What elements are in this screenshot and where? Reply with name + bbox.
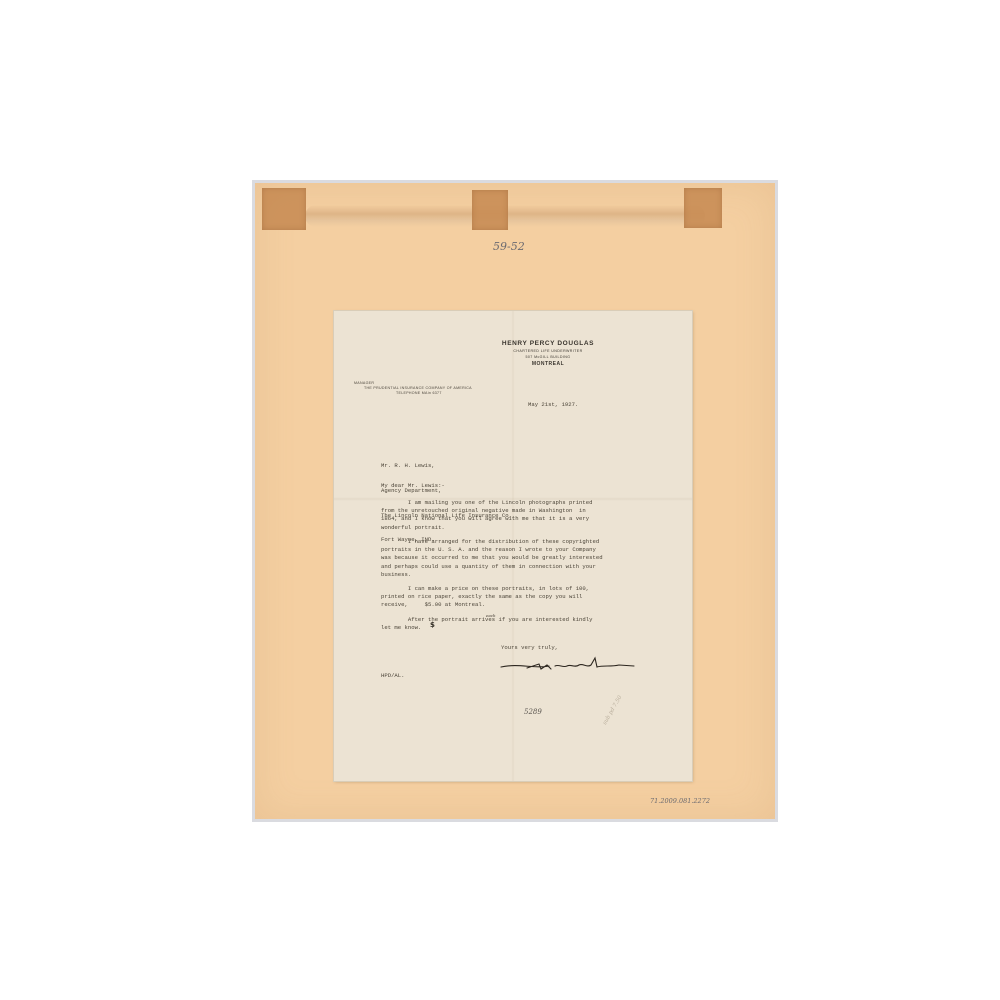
closing: Yours very truly, bbox=[501, 644, 558, 652]
body-paragraph: After the portrait arrives if you are in… bbox=[381, 616, 681, 632]
tape-piece-left bbox=[262, 188, 306, 230]
file-number: 5289 bbox=[524, 708, 542, 716]
body-paragraph: I am mailing you one of the Lincoln phot… bbox=[381, 499, 681, 532]
letterhead-telephone: TELEPHONE MAin 6377 bbox=[396, 391, 442, 395]
faint-pencil-note: sub pd 7.50 bbox=[602, 695, 624, 726]
salutation: My dear Mr. Lewis:- bbox=[381, 482, 445, 490]
reference-initials: HPD/AL. bbox=[381, 672, 405, 680]
address-line: Mr. R. H. Lewis, bbox=[381, 462, 515, 470]
scanned-document: 59-52 71.2009.081.2272 HENRY PERCY DOUGL… bbox=[0, 0, 1000, 1000]
letterhead-building: 507 McGILL BUILDING bbox=[404, 355, 692, 359]
body-paragraph: I can make a price on these portraits, i… bbox=[381, 585, 681, 610]
letterhead-city: MONTREAL bbox=[404, 361, 692, 367]
letterhead-name: HENRY PERCY DOUGLAS bbox=[404, 340, 692, 347]
body-paragraph: I have arranged for the distribution of … bbox=[381, 538, 681, 579]
letterhead-role: MANAGER bbox=[354, 381, 374, 385]
signature bbox=[499, 655, 659, 675]
tape-piece-center bbox=[472, 190, 508, 230]
letterhead-company: THE PRUDENTIAL INSURANCE COMPANY OF AMER… bbox=[364, 386, 472, 390]
tape-piece-right bbox=[684, 188, 722, 228]
archive-mark-top: 59-52 bbox=[493, 240, 525, 253]
letter-date: May 21st, 1927. bbox=[528, 401, 578, 409]
letterhead-title: CHARTERED LIFE UNDERWRITER bbox=[404, 349, 692, 353]
letter-sheet: HENRY PERCY DOUGLAS CHARTERED LIFE UNDER… bbox=[334, 311, 692, 781]
accession-number: 71.2009.081.2272 bbox=[650, 797, 710, 805]
